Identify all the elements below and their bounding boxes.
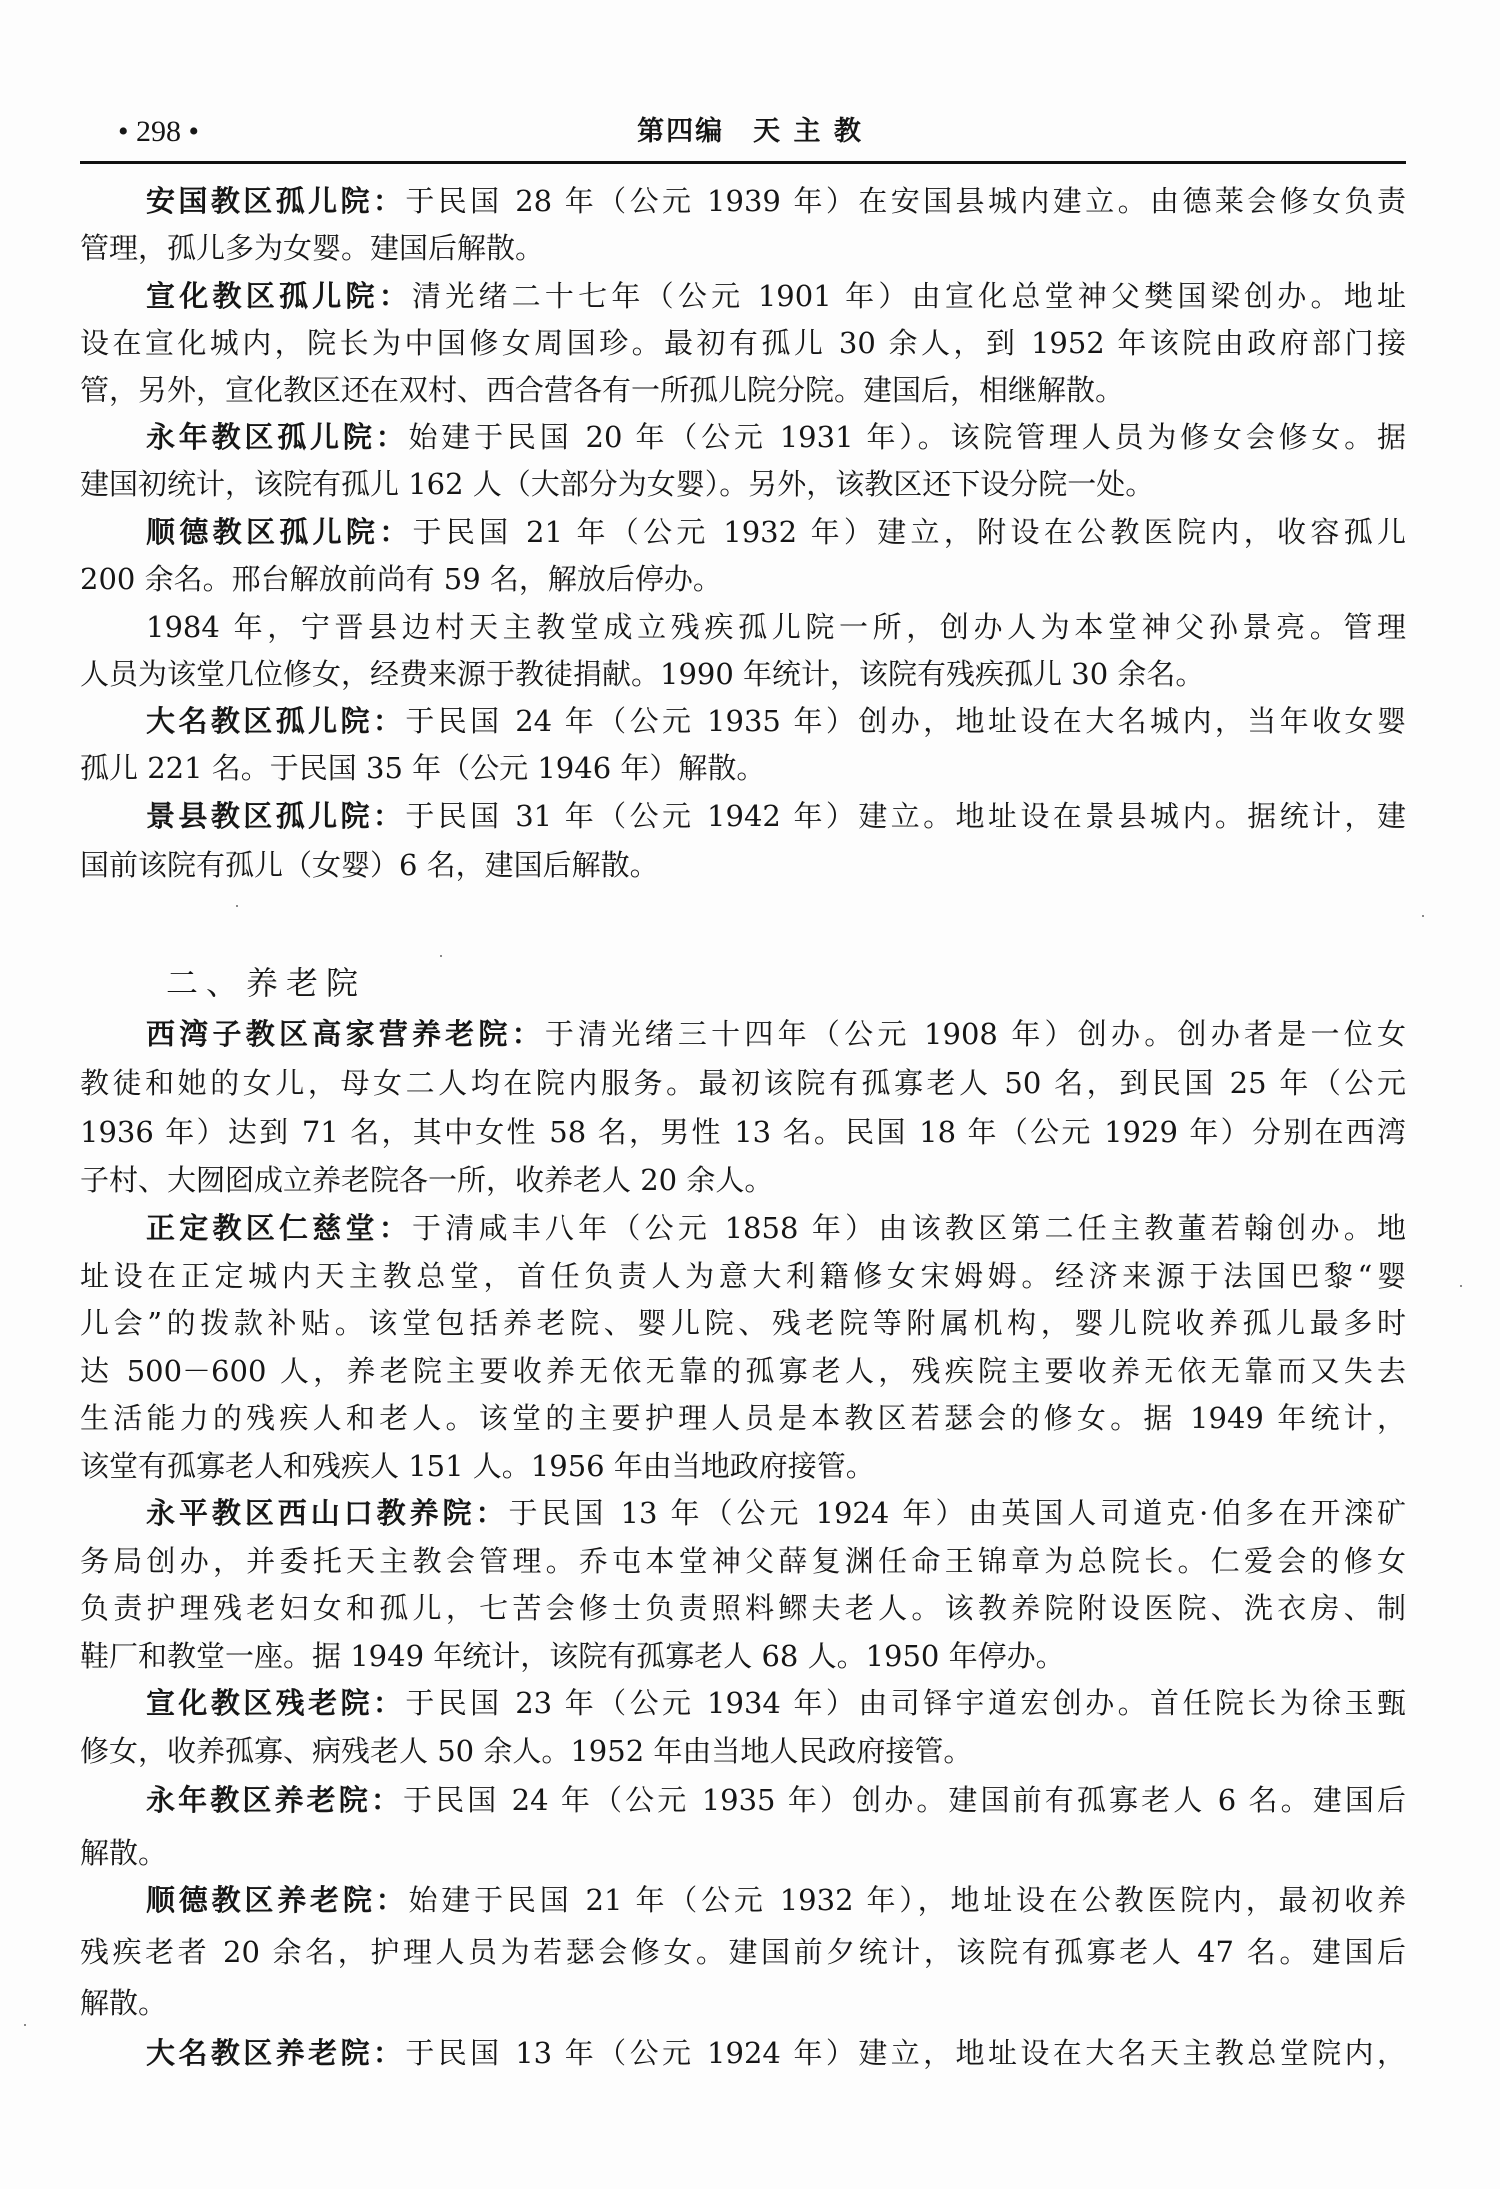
entry-title: 永年教区养老院： bbox=[146, 1783, 403, 1817]
text-line: 正定教区仁慈堂：于清咸丰八年（公元 1858 年）由该教区第二任主教董若翰创办。… bbox=[146, 1205, 1406, 1251]
entry-title: 大名教区孤儿院： bbox=[146, 704, 405, 738]
text-line: 教徒和她的女儿，母女二人均在院内服务。最初该院有孤寡老人 50 名，到民国 25… bbox=[80, 1060, 1406, 1106]
entry-title: 西湾子教区高家营养老院： bbox=[146, 1017, 545, 1051]
section-heading: 二、养老院 bbox=[166, 958, 366, 1008]
speck bbox=[236, 905, 238, 907]
text-line: 国前该院有孤儿（女婴）6 名，建国后解散。 bbox=[80, 842, 1406, 888]
text-line: 顺德教区养老院：始建于民国 21 年（公元 1932 年），地址设在公教医院内，… bbox=[146, 1877, 1406, 1923]
text-line: 永年教区孤儿院：始建于民国 20 年（公元 1931 年）。该院管理人员为修女会… bbox=[146, 414, 1406, 460]
text-line: 西湾子教区高家营养老院：于清光绪三十四年（公元 1908 年）创办。创办者是一位… bbox=[146, 1011, 1406, 1057]
chapter-title: 第四编 天 主 教 bbox=[0, 112, 1500, 152]
text-line: 修女，收养孤寡、病残老人 50 余人。1952 年由当地人民政府接管。 bbox=[80, 1728, 1406, 1774]
entry-title: 永年教区孤儿院： bbox=[146, 420, 408, 454]
text-line: 址设在正定城内天主教总堂，首任负责人为意大利籍修女宋姆姆。经济来源于法国巴黎“婴 bbox=[80, 1253, 1406, 1299]
entry-title: 正定教区仁慈堂： bbox=[146, 1211, 412, 1245]
speck bbox=[440, 955, 442, 957]
entry-title: 大名教区养老院： bbox=[146, 2036, 405, 2070]
text-line: 人员为该堂几位修女，经费来源于教徒捐献。1990 年统计，该院有残疾孤儿 30 … bbox=[80, 651, 1406, 697]
text-line: 永平教区西山口教养院：于民国 13 年（公元 1924 年）由英国人司道克·伯多… bbox=[146, 1490, 1406, 1536]
text-line: 管，另外，宣化教区还在双村、西合营各有一所孤儿院分院。建国后，相继解散。 bbox=[80, 367, 1406, 413]
text-line: 建国初统计，该院有孤儿 162 人（大部分为女婴）。另外，该教区还下设分院一处。 bbox=[80, 461, 1406, 507]
entry-title: 景县教区孤儿院： bbox=[146, 799, 405, 833]
text-line: 永年教区养老院：于民国 24 年（公元 1935 年）创办。建国前有孤寡老人 6… bbox=[146, 1777, 1406, 1823]
text-line: 顺德教区孤儿院：于民国 21 年（公元 1932 年）建立，附设在公教医院内，收… bbox=[146, 509, 1406, 555]
text-line: 安国教区孤儿院：于民国 28 年（公元 1939 年）在安国县城内建立。由德莱会… bbox=[146, 178, 1406, 224]
text-line: 解散。 bbox=[80, 1980, 1406, 2026]
text-line: 宣化教区孤儿院：清光绪二十七年（公元 1901 年）由宣化总堂神父樊国梁创办。地… bbox=[146, 273, 1406, 319]
entry-title: 永平教区西山口教养院： bbox=[146, 1496, 508, 1530]
text-line: 大名教区养老院：于民国 13 年（公元 1924 年）建立，地址设在大名天主教总… bbox=[146, 2030, 1406, 2076]
text-line: 达 500－600 人，养老院主要收养无依无靠的孤寡老人，残疾院主要收养无依无靠… bbox=[80, 1348, 1406, 1394]
text-line: 儿会”的拨款补贴。该堂包括养老院、婴儿院、残老院等附属机构，婴儿院收养孤儿最多时 bbox=[80, 1300, 1406, 1346]
text-line: 鞋厂和教堂一座。据 1949 年统计，该院有孤寡老人 68 人。1950 年停办… bbox=[80, 1633, 1406, 1679]
text-line: 1984 年，宁晋县边村天主教堂成立残疾孤儿院一所，创办人为本堂神父孙景亮。管理 bbox=[146, 604, 1406, 650]
text-line: 大名教区孤儿院：于民国 24 年（公元 1935 年）创办，地址设在大名城内，当… bbox=[146, 698, 1406, 744]
entry-title: 顺德教区养老院： bbox=[146, 1883, 408, 1917]
scanned-book-page: • 298 • 第四编 天 主 教 安国教区孤儿院：于民国 28 年（公元 19… bbox=[0, 0, 1500, 2189]
text-line: 子村、大囫囵成立养老院各一所，收养老人 20 余人。 bbox=[80, 1157, 1406, 1203]
entry-title: 顺德教区孤儿院： bbox=[146, 515, 413, 549]
entry-title: 安国教区孤儿院： bbox=[146, 184, 405, 218]
text-line: 设在宣化城内，院长为中国修女周国珍。最初有孤儿 30 余人，到 1952 年该院… bbox=[80, 320, 1406, 366]
text-line: 解散。 bbox=[80, 1830, 1406, 1876]
speck bbox=[1422, 915, 1424, 917]
text-line: 宣化教区残老院：于民国 23 年（公元 1934 年）由司铎宇道宏创办。首任院长… bbox=[146, 1680, 1406, 1726]
speck bbox=[1460, 1285, 1462, 1287]
text-line: 残疾老者 20 余名，护理人员为若瑟会修女。建国前夕统计，该院有孤寡老人 47 … bbox=[80, 1929, 1406, 1975]
speck bbox=[24, 2024, 26, 2026]
text-line: 管理，孤儿多为女婴。建国后解散。 bbox=[80, 225, 1406, 271]
entry-title: 宣化教区孤儿院： bbox=[146, 279, 412, 313]
text-line: 生活能力的残疾人和老人。该堂的主要护理人员是本教区若瑟会的修女。据 1949 年… bbox=[80, 1395, 1406, 1441]
text-line: 景县教区孤儿院：于民国 31 年（公元 1942 年）建立。地址设在景县城内。据… bbox=[146, 793, 1406, 839]
text-line: 1936 年）达到 71 名，其中女性 58 名，男性 13 名。民国 18 年… bbox=[80, 1109, 1406, 1155]
text-line: 负责护理残老妇女和孤儿，七苦会修士负责照料鳏夫老人。该教养院附设医院、洗衣房、制 bbox=[80, 1585, 1406, 1631]
header-rule bbox=[80, 161, 1406, 164]
text-line: 务局创办，并委托天主教会管理。乔屯本堂神父薛复渊任命王锦章为总院长。仁爱会的修女 bbox=[80, 1538, 1406, 1584]
entry-title: 宣化教区残老院： bbox=[146, 1686, 405, 1720]
text-line: 该堂有孤寡老人和残疾人 151 人。1956 年由当地政府接管。 bbox=[80, 1443, 1406, 1489]
speck bbox=[878, 1282, 880, 1284]
text-line: 200 余名。邢台解放前尚有 59 名，解放后停办。 bbox=[80, 556, 1406, 602]
text-line: 孤儿 221 名。于民国 35 年（公元 1946 年）解散。 bbox=[80, 745, 1406, 791]
